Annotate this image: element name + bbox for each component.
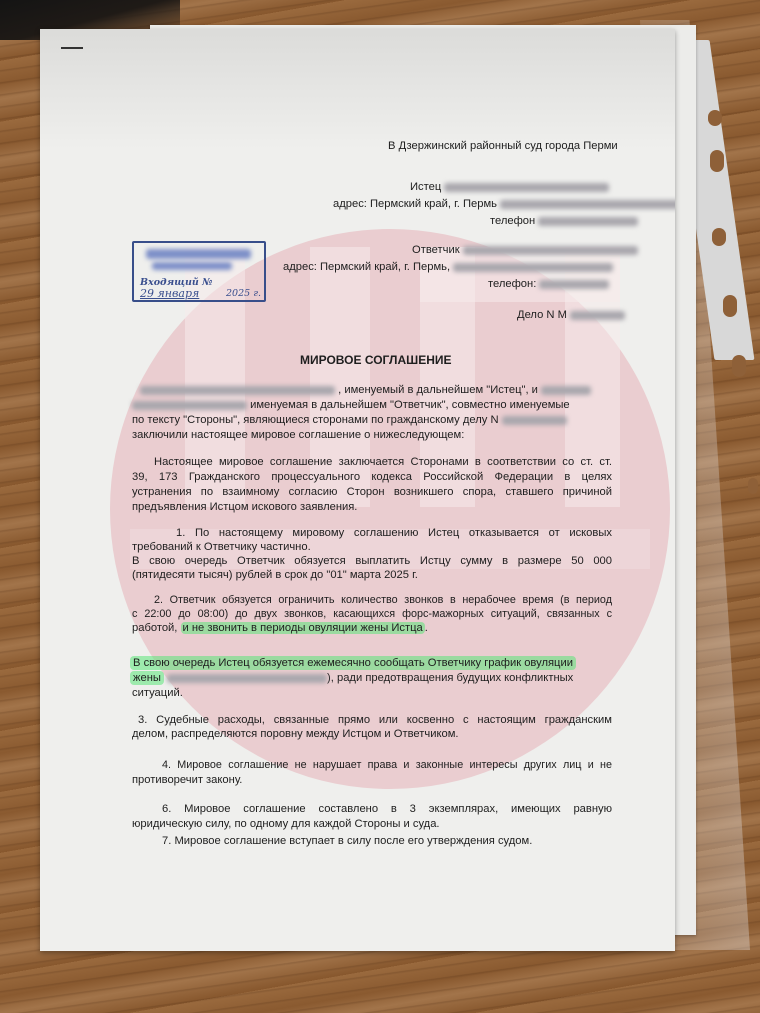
stamp-date: 29 января <box>140 287 199 300</box>
defendant-phone: телефон: <box>488 278 609 290</box>
clause-4-line-2: противоречит закону. <box>132 773 612 788</box>
preamble-line-4: предъявления Истцом искового заявления. <box>132 500 612 515</box>
clause-3-line-1: 3. Судебные расходы, связанные прямо или… <box>132 713 612 728</box>
redacted-wife-name <box>167 674 327 683</box>
defendant-address: адрес: Пермский край, г. Пермь, <box>283 261 613 273</box>
intro-line-1: , именуемый в дальнейшем "Истец", и <box>140 384 591 396</box>
redacted-defendant-full-name <box>132 401 247 410</box>
highlighted-text: жены <box>130 671 164 685</box>
redacted-defendant-address <box>453 263 613 272</box>
intro-line-3: по тексту "Стороны", являющиеся сторонам… <box>132 414 567 426</box>
punch-hole <box>710 150 724 172</box>
punch-hole <box>732 355 746 377</box>
clause-7: 7. Мировое соглашение вступает в силу по… <box>162 835 532 847</box>
clause-4-line-1: 4. Мировое соглашение не нарушает права … <box>132 758 612 773</box>
punch-hole <box>748 478 758 494</box>
plaintiff-address: адрес: Пермский край, г. Пермь <box>333 198 675 210</box>
redacted-plaintiff-phone <box>538 217 638 226</box>
intro-line-2: именуемая в дальнейшем "Ответчик", совме… <box>132 399 570 411</box>
redacted-plaintiff-address <box>500 200 675 209</box>
preamble-line-1: Настоящее мировое соглашение заключается… <box>132 455 612 470</box>
followup-line-2: жены ), ради предотвращения будущих конф… <box>130 672 573 684</box>
clause-6-line-2: юридическую силу, по одному для каждой С… <box>132 817 612 832</box>
clause-2-line-3: работой, и не звонить в периоды овуляции… <box>132 622 428 634</box>
clause-2-line-1: 2. Ответчик обязуется ограничить количес… <box>132 593 612 608</box>
highlighted-text: и не звонить в периоды овуляции жены Ист… <box>181 622 425 634</box>
punch-hole <box>708 110 722 126</box>
court-header: В Дзержинский районный суд города Перми <box>388 140 618 152</box>
redacted-case-number <box>570 311 625 320</box>
clause-1-line-3: В свою очередь Ответчик обязуется выплат… <box>132 554 612 569</box>
punch-hole <box>723 295 737 317</box>
followup-line-3: ситуаций. <box>132 687 183 699</box>
redacted-defendant-name <box>463 246 638 255</box>
highlighted-text: В свою очередь Истец обязуется ежемесячн… <box>130 656 576 670</box>
intro-line-4: заключили настоящее мировое соглашение о… <box>132 429 464 441</box>
clause-1-line-1: 1. По настоящему мировому соглашению Ист… <box>132 526 612 541</box>
redacted-civil-case-number <box>502 416 567 425</box>
preamble-line-2: 39, 173 Гражданского процессуального код… <box>132 470 612 485</box>
preamble-line-3: устранения по взаимному согласию Сторон … <box>132 485 612 500</box>
clause-1-line-4: (пятидесяти тысяч) рублей в срок до "01"… <box>132 568 612 583</box>
settlement-agreement-page: В Дзержинский районный суд города Перми … <box>40 29 675 951</box>
plaintiff-phone: телефон <box>490 215 638 227</box>
defendant-label: Ответчик <box>412 244 638 256</box>
clause-2-line-2: с 22:00 до 08:00) до двух звонков, касаю… <box>132 607 612 622</box>
document-title: МИРОВОЕ СОГЛАШЕНИЕ <box>300 353 452 367</box>
punch-hole <box>712 228 726 246</box>
clause-3-line-2: делом, распределяются поровну между Истц… <box>132 727 612 742</box>
redacted-plaintiff-name <box>444 183 609 192</box>
redacted-plaintiff-full-name <box>140 386 335 395</box>
followup-line-1: В свою очередь Истец обязуется ежемесячн… <box>130 657 576 669</box>
clause-1-line-2: требований к Ответчику частично. <box>132 540 612 555</box>
redacted-defendant-phone <box>539 280 609 289</box>
stamp-year: 2025 г. <box>226 288 261 299</box>
incoming-stamp: Входящий № 29 января 2025 г. <box>132 241 266 302</box>
case-number: Дело N М <box>517 309 625 321</box>
plaintiff-label: Истец <box>410 181 609 193</box>
clause-6-line-1: 6. Мировое соглашение составлено в 3 экз… <box>132 802 612 817</box>
